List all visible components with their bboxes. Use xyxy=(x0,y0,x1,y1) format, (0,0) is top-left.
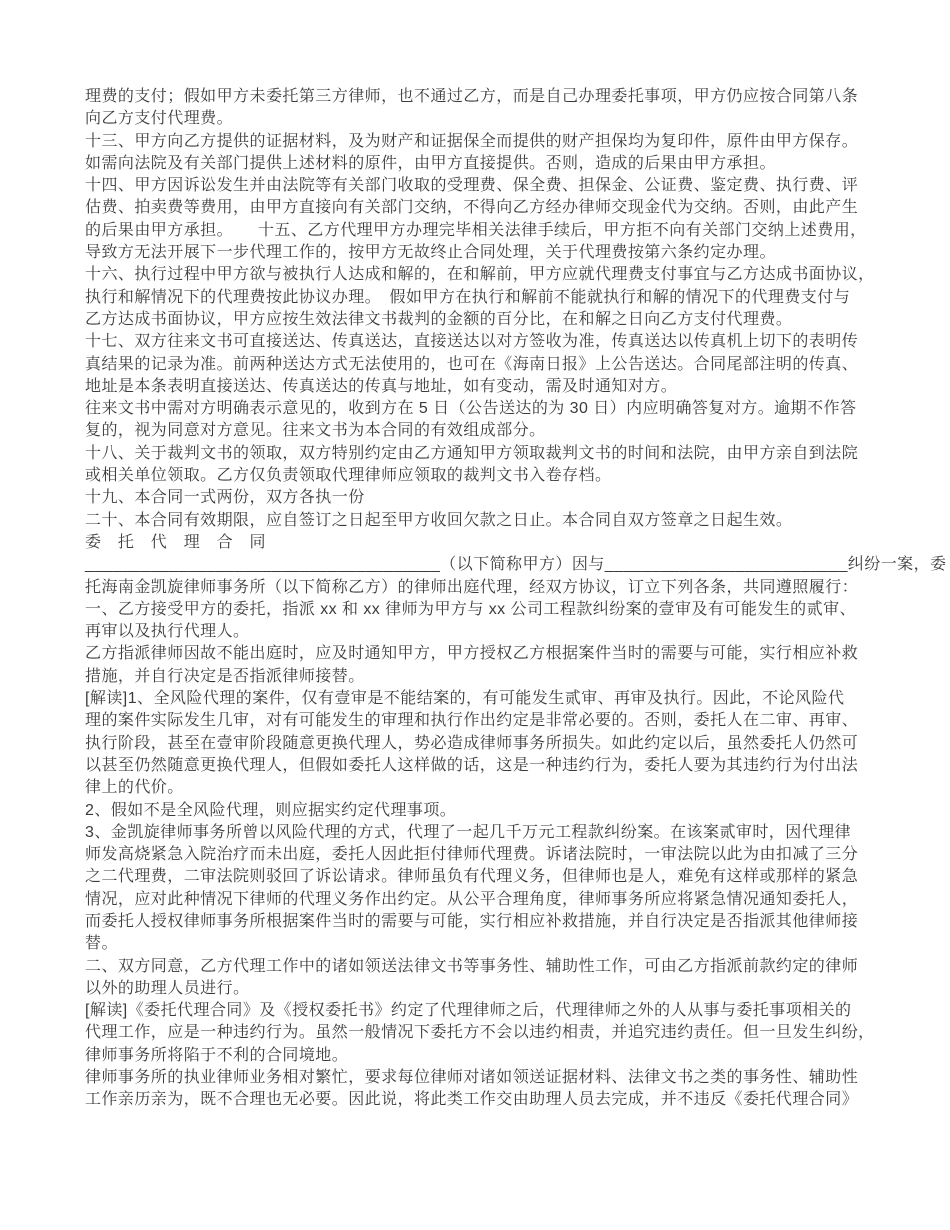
text-line: [解读]1、全风险代理的案件，仅有壹审是不能结案的，有可能发生贰审、再审及执行。… xyxy=(85,688,885,710)
text-line: 委 托 代 理 合 同 xyxy=(85,532,885,554)
text-line: 执行阶段，甚至在壹审阶段随意更换代理人，势必造成律师事务所损失。如此约定以后，虽… xyxy=(85,733,885,755)
text-line: 以外的助理人员进行。 xyxy=(85,978,885,1000)
text-line: 理费的支付；假如甲方未委托第三方律师，也不通过乙方，而是自己办理委托事项，甲方仍… xyxy=(85,86,885,108)
text-line: 向乙方支付代理费。 xyxy=(85,108,885,130)
text-line: 或相关单位领取。乙方仅负责领取代理律师应领取的裁判文书入卷存档。 xyxy=(85,465,885,487)
text-line: 导致方无法开展下一步代理工作的，按甲方无故终止合同处理，关于代理费按第六条约定办… xyxy=(85,242,885,264)
text-line: 十六、执行过程中甲方欲与被执行人达成和解的，在和解前，甲方应就代理费支付事宜与乙… xyxy=(85,264,885,286)
text-line: 理的案件实际发生几审，对有可能发生的审理和执行作出约定是非常必要的。否则，委托人… xyxy=(85,710,885,732)
text-line: 十三、甲方向乙方提供的证据材料，及为财产和证据保全而提供的财产担保均为复印件，原… xyxy=(85,131,885,153)
text-line: 而委托人授权律师事务所根据案件当时的需要与可能，实行相应补救措施，并自行决定是否… xyxy=(85,911,885,933)
text-line: 地址是本条表明直接送达、传真送达的传真与地址，如有变动，需及时通知对方。 xyxy=(85,376,885,398)
text-line: 工作亲历亲为，既不合理也无必要。因此说，将此类工作交由助理人员去完成，并不违反《… xyxy=(85,1089,885,1111)
text-line: 乙方达成书面协议，甲方应按生效法律文书裁判的金额的百分比，在和解之日向乙方支付代… xyxy=(85,309,885,331)
text-line: 十七、双方往来文书可直接送达、传真送达，直接送达以对方签收为准，传真送达以传真机… xyxy=(85,331,885,353)
text-line: 师发高烧紧急入院治疗而未出庭，委托人因此拒付律师代理费。诉诸法院时，一审法院以此… xyxy=(85,844,885,866)
text-line: 十八、关于裁判文书的领取，双方特别约定由乙方通知甲方领取裁判文书的时间和法院，由… xyxy=(85,443,885,465)
text-line: 2、假如不是全风险代理，则应据实约定代理事项。 xyxy=(85,800,885,822)
document-page: 理费的支付；假如甲方未委托第三方律师，也不通过乙方，而是自己办理委托事项，甲方仍… xyxy=(0,0,950,1230)
text-line: 情况，应对此种情况下律师的代理义务作出约定。从公平合理角度，律师事务所应将紧急情… xyxy=(85,889,885,911)
text-line: 如需向法院及有关部门提供上述材料的原件，由甲方直接提供。否则，造成的后果由甲方承… xyxy=(85,153,885,175)
text-line: 律上的代价。 xyxy=(85,777,885,799)
text-line: 措施，并自行决定是否指派律师接替。 xyxy=(85,666,885,688)
text-line: 替。 xyxy=(85,933,885,955)
text-line: 二十、本合同有效期限，应自签订之日起至甲方收回欠款之日止。本合同自双方签章之日起… xyxy=(85,510,885,532)
contract-text: 理费的支付；假如甲方未委托第三方律师，也不通过乙方，而是自己办理委托事项，甲方仍… xyxy=(85,86,885,1112)
text-line: 的后果由甲方承担。 十五、乙方代理甲方办理完毕相关法律手续后，甲方拒不向有关部门… xyxy=(85,220,885,242)
text-line: 3、金凯旋律师事务所曾以风险代理的方式，代理了一起几千万元工程款纠纷案。在该案贰… xyxy=(85,822,885,844)
text-line: ______________________________________（以… xyxy=(85,554,885,576)
text-line: 托海南金凯旋律师事务所（以下简称乙方）的律师出庭代理，经双方协议，订立下列各条，… xyxy=(85,577,885,599)
text-line: 以甚至仍然随意更换代理人，但假如委托人这样做的话，这是一种违约行为，委托人要为其… xyxy=(85,755,885,777)
text-line: 复的，视为同意对方意见。往来文书为本合同的有效组成部分。 xyxy=(85,420,885,442)
text-line: [解读]《委托代理合同》及《授权委托书》约定了代理律师之后，代理律师之外的人从事… xyxy=(85,1000,885,1022)
text-line: 代理工作，应是一种违约行为。虽然一般情况下委托方不会以违约相责，并追究违约责任。… xyxy=(85,1022,885,1044)
text-line: 十四、甲方因诉讼发生并由法院等有关部门收取的受理费、保全费、担保金、公证费、鉴定… xyxy=(85,175,885,197)
text-line: 乙方指派律师因故不能出庭时，应及时通知甲方，甲方授权乙方根据案件当时的需要与可能… xyxy=(85,643,885,665)
text-line: 一、乙方接受甲方的委托，指派 xx 和 xx 律师为甲方与 xx 公司工程款纠纷… xyxy=(85,599,885,621)
text-line: 之二代理费，二审法院则驳回了诉讼请求。律师虽负有代理义务，但律师也是人，难免有这… xyxy=(85,866,885,888)
text-line: 执行和解情况下的代理费按此协议办理。 假如甲方在执行和解前不能就执行和解的情况下… xyxy=(85,287,885,309)
text-line: 真结果的记录为准。前两种送达方式无法使用的，也可在《海南日报》上公告送达。合同尾… xyxy=(85,354,885,376)
text-line: 二、双方同意，乙方代理工作中的诸如领送法律文书等事务性、辅助性工作，可由乙方指派… xyxy=(85,956,885,978)
text-line: 往来文书中需对方明确表示意见的，收到方在 5 日（公告送达的为 30 日）内应明… xyxy=(85,398,885,420)
text-line: 估费、拍卖费等费用，由甲方直接向有关部门交纳，不得向乙方经办律师交现金代为交纳。… xyxy=(85,197,885,219)
text-line: 律师事务所将陷于不利的合同境地。 xyxy=(85,1045,885,1067)
text-line: 律师事务所的执业律师业务相对繁忙，要求每位律师对诸如领送证据材料、法律文书之类的… xyxy=(85,1067,885,1089)
text-line: 十九、本合同一式两份，双方各执一份 xyxy=(85,487,885,509)
text-line: 再审以及执行代理人。 xyxy=(85,621,885,643)
